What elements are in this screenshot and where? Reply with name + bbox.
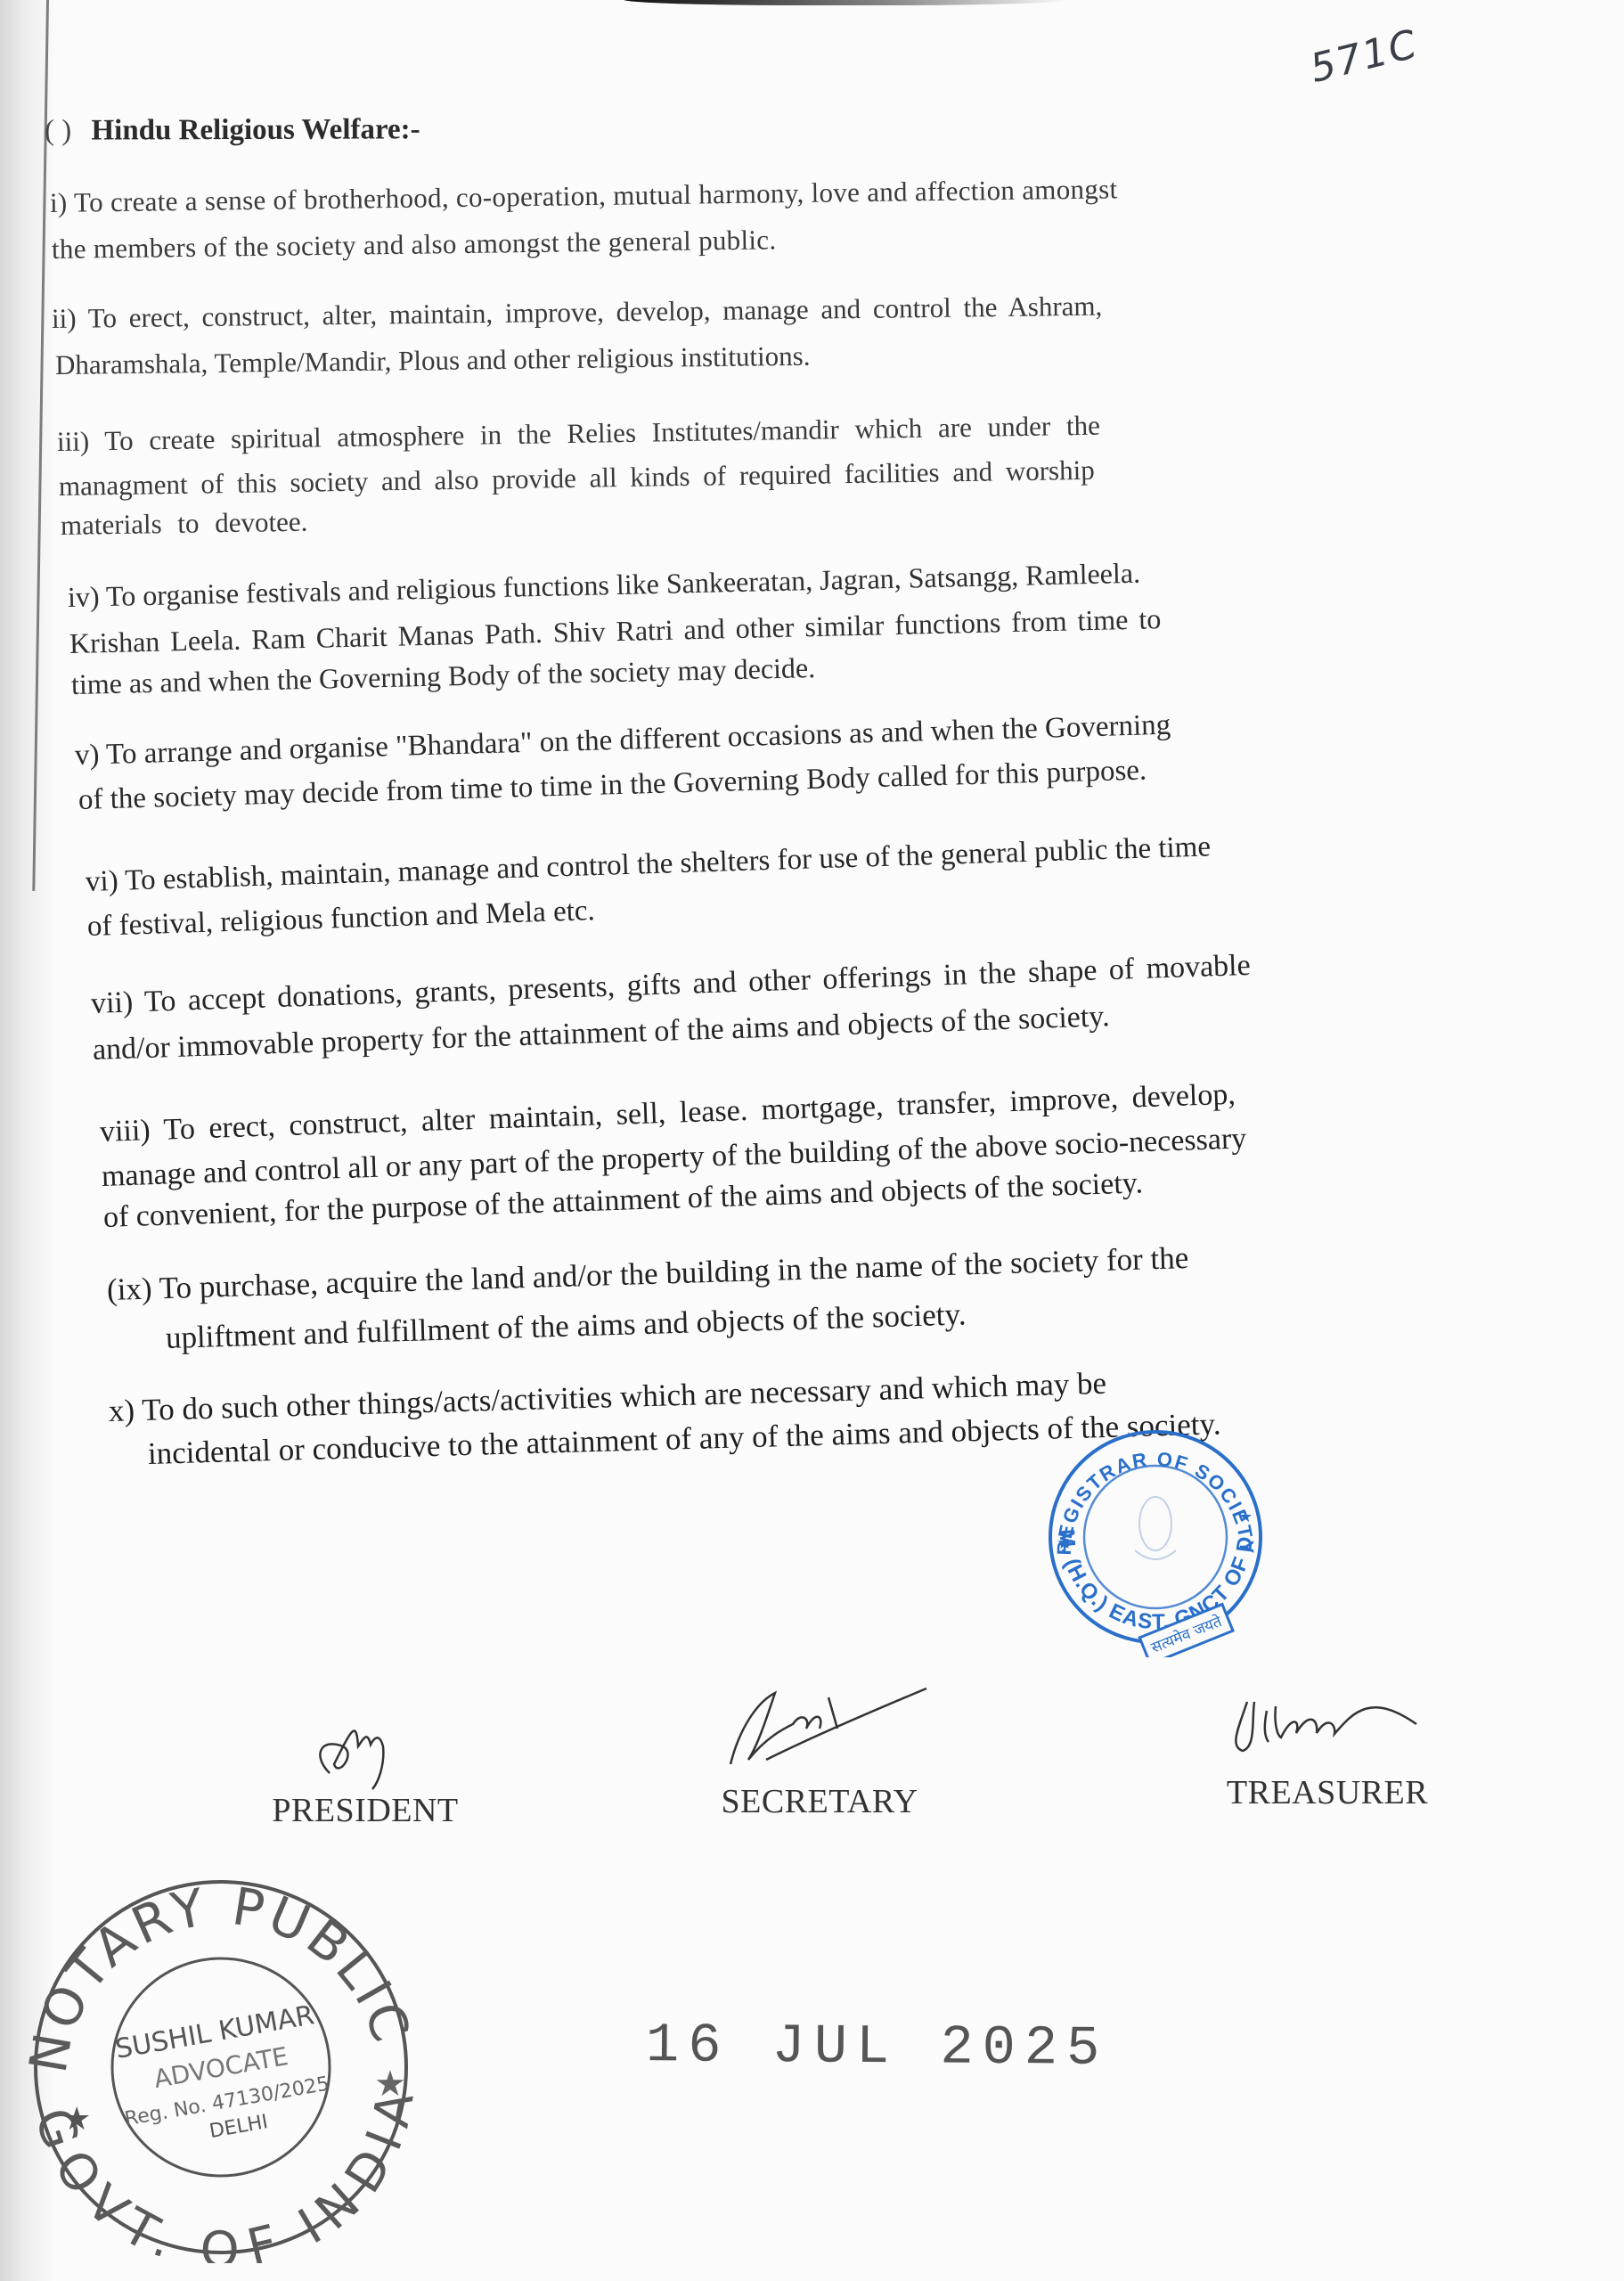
heading-title: Hindu Religious Welfare:-: [91, 113, 420, 146]
registrar-seal: REGISTRAR OF SOCIETY S.D.M. (H.Q.) EAST,…: [1035, 1417, 1276, 1657]
clause-6-line-1: vi) To establish, maintain, manage and c…: [85, 830, 1211, 899]
clause-4-line-2: Krishan Leela. Ram Charit Manas Path. Sh…: [69, 602, 1162, 660]
svg-text:DELHI: DELHI: [208, 2111, 269, 2143]
date-stamp: 16 JUL 2025: [646, 2014, 1109, 2081]
section-heading: ( ) Hindu Religious Welfare:-: [45, 113, 420, 147]
clause-1-line-2: the members of the society and also amon…: [52, 224, 777, 266]
treasurer-signature-icon: [1212, 1675, 1443, 1773]
svg-text:★: ★: [62, 2101, 91, 2137]
notary-stamp-icon: NOTARY PUBLIC GOVT. OF INDIA SUSHIL KUMA…: [18, 1862, 419, 2263]
clause-9-line-1: (ix) To purchase, acquire the land and/o…: [106, 1240, 1188, 1308]
clause-4-line-1: iv) To organise festivals and religious …: [68, 557, 1141, 614]
secretary-label: SECRETARY: [686, 1782, 953, 1821]
svg-text:★: ★: [1238, 1508, 1253, 1525]
clause-9-line-2: upliftment and fulfillment of the aims a…: [165, 1296, 967, 1356]
president-label: PRESIDENT: [249, 1791, 481, 1830]
treasurer-label: TREASURER: [1194, 1773, 1461, 1812]
clause-3-line-1: iii) To create spiritual atmosphere in t…: [57, 410, 1100, 458]
president-signature-icon: [303, 1693, 428, 1791]
clause-6-line-2: of festival, religious function and Mela…: [86, 895, 595, 944]
heading-bracket: ( ): [45, 115, 71, 147]
clause-3-line-3: materials to devotee.: [61, 506, 308, 542]
secretary-signature-icon: [704, 1675, 935, 1782]
clause-2-line-1: ii) To erect, construct, alter, maintain…: [52, 290, 1103, 335]
registrar-seal-emblem-icon: REGISTRAR OF SOCIETY S.D.M. (H.Q.) EAST,…: [1035, 1417, 1276, 1657]
svg-text:★: ★: [374, 2064, 406, 2104]
signature-secretary: SECRETARY: [686, 1675, 953, 1821]
clause-4-line-3: time as and when the Governing Body of t…: [71, 651, 816, 701]
clause-3-line-2: managment of this society and also provi…: [59, 454, 1095, 503]
signature-president: PRESIDENT: [249, 1693, 481, 1830]
margin-handwritten-note: 571C: [1306, 21, 1423, 92]
signature-treasurer: TREASURER: [1194, 1675, 1461, 1812]
clause-2-line-2: Dharamshala, Temple/Mandir, Plous and ot…: [55, 340, 811, 381]
top-edge-shadow: [624, 0, 1069, 5]
notary-public-stamp: NOTARY PUBLIC GOVT. OF INDIA SUSHIL KUMA…: [18, 1862, 419, 2263]
svg-text:★: ★: [1057, 1533, 1073, 1553]
clause-1-line-1: i) To create a sense of brotherhood, co-…: [50, 173, 1118, 219]
